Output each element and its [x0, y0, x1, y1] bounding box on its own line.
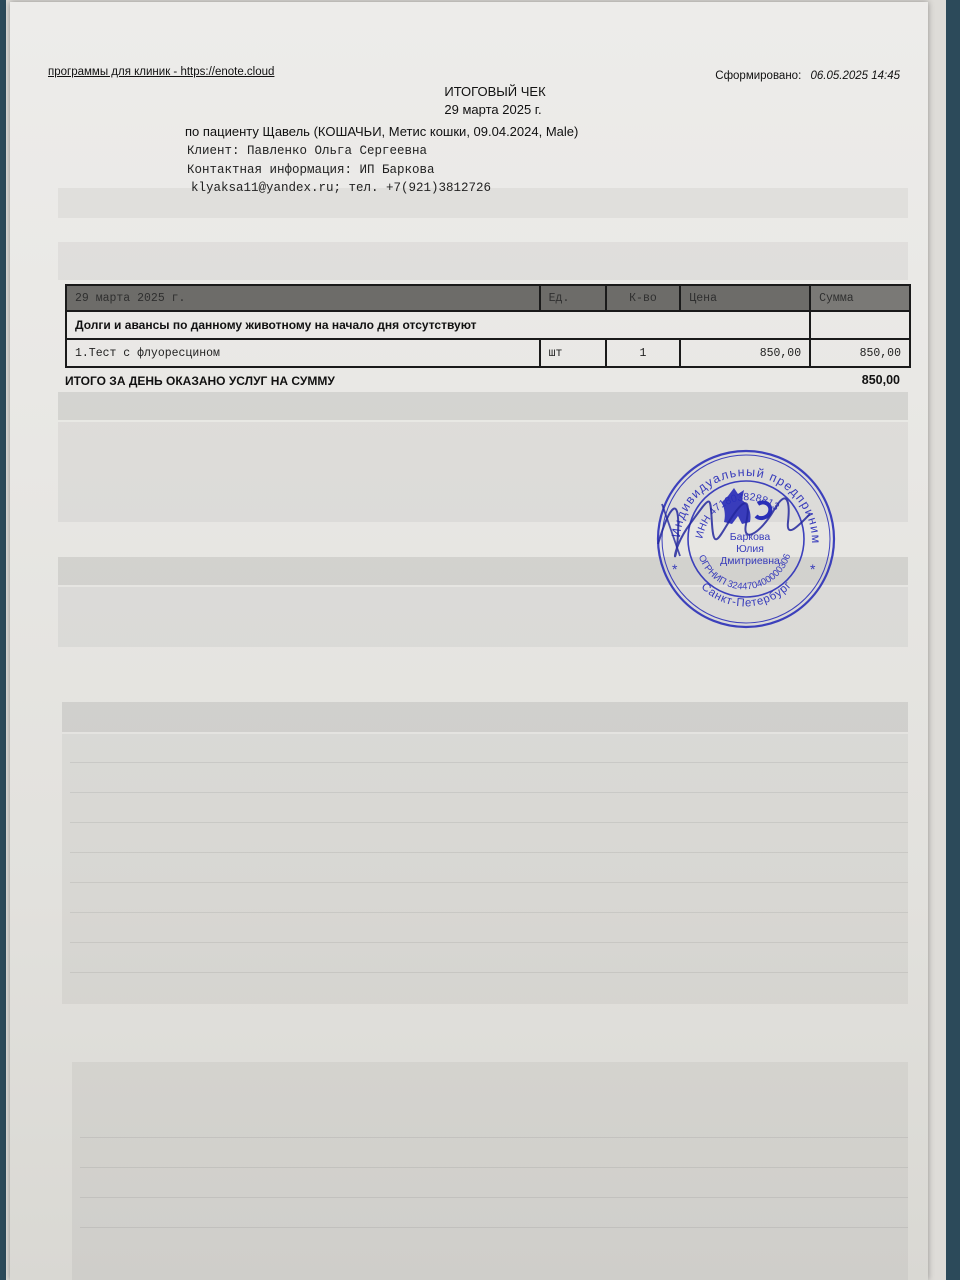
debts-note: Долги и авансы по данному животному на н… — [66, 311, 810, 339]
service-price: 850,00 — [680, 339, 810, 367]
service-name: 1.Тест с флуоресцином — [66, 339, 540, 367]
table-header-row: 29 марта 2025 г. Ед. К-во Цена Сумма — [66, 285, 910, 311]
stamp-seal-icon: Индивидуальный предприниматель ИНН 47180… — [650, 444, 840, 634]
total-value: 850,00 — [862, 373, 900, 387]
generated-timestamp: Сформировано: 06.05.2025 14:45 — [715, 70, 900, 82]
header-sum: Сумма — [810, 285, 910, 311]
stamp-name-1: Баркова — [730, 531, 771, 543]
receipt-title: ИТОГОВЫЙ ЧЕК — [0, 84, 960, 99]
service-unit: шт — [540, 339, 606, 367]
patient-line: по пациенту Щавель (КОШАЧЬИ, Метис кошки… — [185, 124, 578, 139]
total-label: ИТОГО ЗА ДЕНЬ ОКАЗАНО УСЛУГ НА СУММУ — [65, 374, 335, 388]
client-line: Клиент: Павленко Ольга Сергеевна — [187, 144, 427, 158]
svg-text:*: * — [810, 561, 816, 577]
services-table: 29 марта 2025 г. Ед. К-во Цена Сумма Дол… — [65, 284, 911, 368]
header-price: Цена — [680, 285, 810, 311]
debts-note-sum — [810, 311, 910, 339]
generated-label: Сформировано: — [715, 70, 801, 82]
header-unit: Ед. — [540, 285, 606, 311]
debts-note-row: Долги и авансы по данному животному на н… — [66, 311, 910, 339]
service-sum: 850,00 — [810, 339, 910, 367]
header-qty: К-во — [606, 285, 681, 311]
stamp-name-2: Юлия — [736, 543, 764, 555]
contact-line: Контактная информация: ИП Баркова — [187, 163, 435, 177]
enote-link[interactable]: программы для клиник - https://enote.clo… — [48, 66, 274, 78]
table-row: 1.Тест с флуоресцином шт 1 850,00 850,00 — [66, 339, 910, 367]
svg-text:*: * — [672, 561, 678, 577]
company-stamp: Индивидуальный предприниматель ИНН 47180… — [650, 444, 840, 634]
email-phone-line: klyaksa11@yandex.ru; тел. +7(921)3812726 — [191, 181, 491, 195]
receipt-date: 29 марта 2025 г. — [0, 102, 960, 117]
generated-datetime: 06.05.2025 14:45 — [810, 70, 900, 82]
stamp-name-3: Дмитриевна — [720, 555, 780, 567]
header-date: 29 марта 2025 г. — [66, 285, 540, 311]
service-qty: 1 — [606, 339, 681, 367]
